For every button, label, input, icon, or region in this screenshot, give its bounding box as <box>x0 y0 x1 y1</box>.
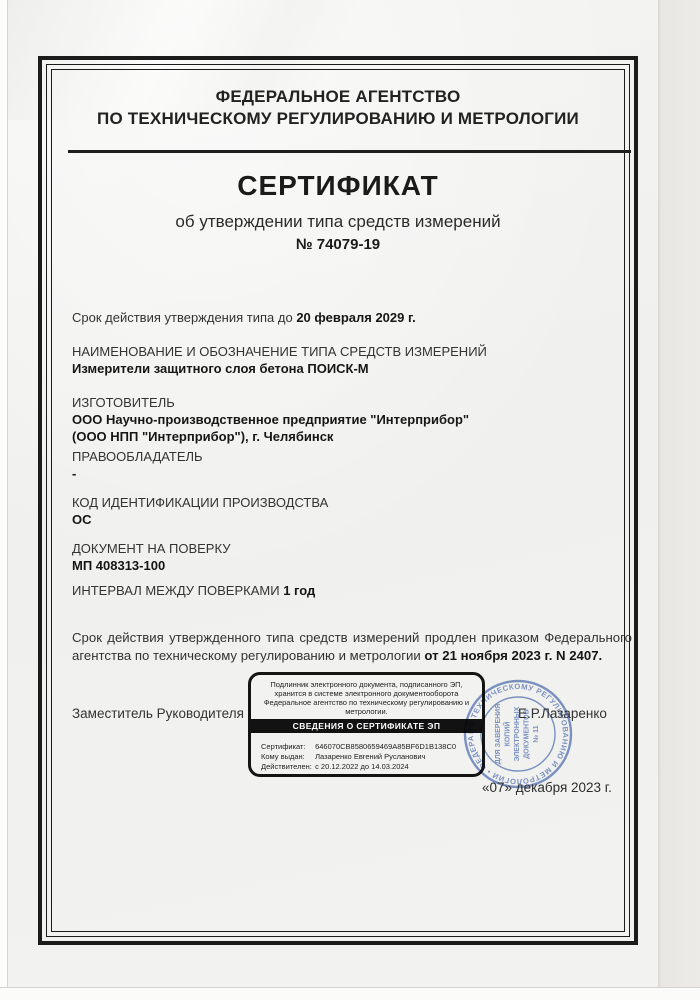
signature-name: Е.Р.Лазаренко <box>518 706 607 721</box>
field-value: МП 408313-100 <box>72 557 632 574</box>
ep-valid-row: Действителен: с 20.12.2022 до 14.03.2024 <box>261 762 482 772</box>
field-value: ОС <box>72 511 632 528</box>
field-rights-holder: ПРАВООБЛАДАТЕЛЬ - <box>72 448 632 482</box>
certificate-subtitle: об утверждении типа средств измерений <box>40 212 636 232</box>
field-value-line2: (ООО НПП "Интерприбор"), г. Челябинск <box>72 428 632 445</box>
field-value: Измерители защитного слоя бетона ПОИСК-М <box>72 360 632 377</box>
ep-notice-line3: Федеральное агентство по техническому ре… <box>259 698 474 707</box>
header-divider <box>68 150 631 153</box>
field-label: КОД ИДЕНТИФИКАЦИИ ПРОИЗВОДСТВА <box>72 494 632 511</box>
scan-bottom-edge <box>0 988 700 1000</box>
field-value: 1 год <box>283 583 315 598</box>
field-value: - <box>72 465 632 482</box>
ep-notice-line4: метрологии. <box>259 707 474 716</box>
field-manufacturer: ИЗГОТОВИТЕЛЬ ООО Научно-производственное… <box>72 394 632 445</box>
ep-valid-value: с 20.12.2022 до 14.03.2024 <box>315 762 409 771</box>
scan-right-edge <box>658 0 700 988</box>
signature-position: Заместитель Руководителя <box>72 706 244 721</box>
extension-order-ref: от 21 ноября 2023 г. N 2407. <box>424 648 602 663</box>
field-label: ИЗГОТОВИТЕЛЬ <box>72 394 632 411</box>
field-value-line1: ООО Научно-производственное предприятие … <box>72 411 632 428</box>
electronic-signature-stamp: Подлинник электронного документа, подпис… <box>248 672 485 777</box>
ep-certificate-label: Сертификат: <box>261 742 313 752</box>
ep-stamp-bar-title: СВЕДЕНИЯ О СЕРТИФИКАТЕ ЭП <box>251 719 482 733</box>
validity-line: Срок действия утверждения типа до 20 фев… <box>72 309 632 326</box>
agency-name: ФЕДЕРАЛЬНОЕ АГЕНТСТВО ПО ТЕХНИЧЕСКОМУ РЕ… <box>40 86 636 130</box>
ep-stamp-notice: Подлинник электронного документа, подпис… <box>251 675 482 716</box>
ep-notice-line2: хранится в системе электронного документ… <box>259 689 474 698</box>
ep-issued-to-row: Кому выдан: Лазаренко Евгений Русланович <box>261 752 482 762</box>
agency-name-line2: ПО ТЕХНИЧЕСКОМУ РЕГУЛИРОВАНИЮ И МЕТРОЛОГ… <box>40 108 636 130</box>
validity-value: 20 февраля 2029 г. <box>296 310 415 325</box>
field-label: ИНТЕРВАЛ МЕЖДУ ПОВЕРКАМИ <box>72 583 280 598</box>
ep-notice-line1: Подлинник электронного документа, подпис… <box>259 680 474 689</box>
ep-stamp-details: Сертификат: 646070CB8580659469A85BF6D1B1… <box>251 733 482 771</box>
ep-issued-to-value: Лазаренко Евгений Русланович <box>315 752 425 761</box>
ep-certificate-row: Сертификат: 646070CB8580659469A85BF6D1B1… <box>261 742 482 752</box>
certificate-scan: ФЕДЕРАЛЬНОЕ АГЕНТСТВО ПО ТЕХНИЧЕСКОМУ РЕ… <box>0 0 700 1000</box>
field-label: ПРАВООБЛАДАТЕЛЬ <box>72 448 632 465</box>
agency-name-line1: ФЕДЕРАЛЬНОЕ АГЕНТСТВО <box>40 86 636 108</box>
validity-label: Срок действия утверждения типа до <box>72 310 293 325</box>
field-name-type: НАИМЕНОВАНИЕ И ОБОЗНАЧЕНИЕ ТИПА СРЕДСТВ … <box>72 343 632 377</box>
ep-certificate-value: 646070CB8580659469A85BF6D1B138C0 <box>315 742 456 751</box>
field-verification-interval: ИНТЕРВАЛ МЕЖДУ ПОВЕРКАМИ 1 год <box>72 582 632 599</box>
certificate-number: № 74079-19 <box>40 236 636 253</box>
field-production-code: КОД ИДЕНТИФИКАЦИИ ПРОИЗВОДСТВА ОС <box>72 494 632 528</box>
issue-date: «07» декабря 2023 г. <box>482 780 612 795</box>
ep-issued-to-label: Кому выдан: <box>261 752 313 762</box>
field-label: ДОКУМЕНТ НА ПОВЕРКУ <box>72 540 632 557</box>
extension-paragraph: Срок действия утвержденного типа средств… <box>72 629 632 664</box>
certificate-title: СЕРТИФИКАТ <box>40 170 636 202</box>
ep-valid-label: Действителен: <box>261 762 313 772</box>
field-verification-doc: ДОКУМЕНТ НА ПОВЕРКУ МП 408313-100 <box>72 540 632 574</box>
field-label: НАИМЕНОВАНИЕ И ОБОЗНАЧЕНИЕ ТИПА СРЕДСТВ … <box>72 343 632 360</box>
